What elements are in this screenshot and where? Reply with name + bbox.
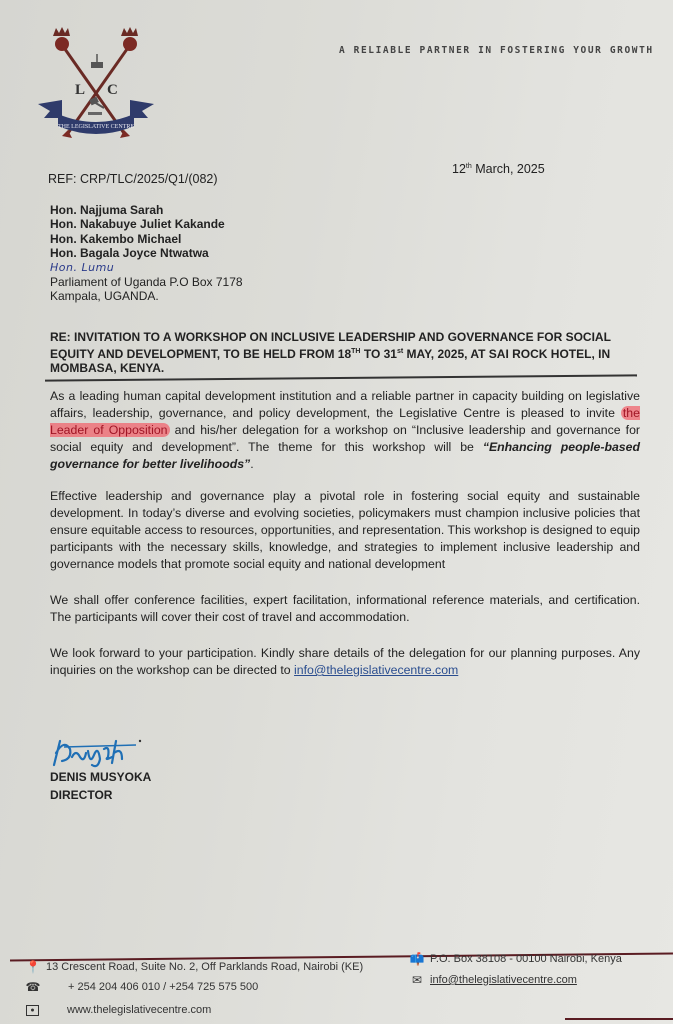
signature-scribble (50, 735, 146, 771)
recipient-name: Hon. Nakabuye Juliet Kakande (50, 217, 243, 231)
web-icon: ● (26, 1005, 39, 1016)
legislative-centre-logo: L C THE LEGISLATIVE CENTRE (38, 18, 154, 144)
svg-text:THE LEGISLATIVE CENTRE: THE LEGISLATIVE CENTRE (58, 124, 134, 130)
letter-date: 12th March, 2025 (452, 162, 545, 176)
svg-text:C: C (107, 82, 118, 98)
recipients-block: Hon. Najjuma Sarah Hon. Nakabuye Juliet … (50, 203, 243, 304)
address-line-1: Parliament of Uganda P.O Box 7178 (50, 275, 243, 289)
reference-number: REF: CRP/TLC/2025/Q1/(082) (48, 172, 218, 186)
paragraph-purpose: Effective leadership and governance play… (50, 488, 640, 573)
footer-email: ✉ info@thelegislativecentre.com (410, 973, 577, 987)
signatory-title: DIRECTOR (50, 786, 151, 804)
mailbox-icon: 📫 (410, 952, 424, 966)
subject-part: TO 31 (361, 347, 397, 361)
subject-line: RE: INVITATION TO A WORKSHOP ON INCLUSIV… (50, 330, 635, 376)
footer-phone: ☎ + 254 204 406 010 / +254 725 575 500 (26, 980, 258, 994)
footer-address: 📍 13 Crescent Road, Suite No. 2, Off Par… (26, 960, 363, 974)
footer-email-link[interactable]: info@thelegislativecentre.com (430, 974, 577, 986)
recipient-name: Hon. Najjuma Sarah (50, 203, 243, 217)
signatory: DENIS MUSYOKA DIRECTOR (50, 768, 151, 804)
handwritten-recipient: Hon. Lumu (50, 261, 243, 275)
po-box-text: P.O. Box 38108 - 00100 Nairobi, Kenya (430, 953, 622, 965)
footer-website: ● www.thelegislativecentre.com (26, 1004, 211, 1016)
address-line-2: Kampala, UGANDA. (50, 289, 243, 303)
tagline: A RELIABLE PARTNER IN FOSTERING YOUR GRO… (339, 45, 654, 56)
footer-po-box: 📫 P.O. Box 38108 - 00100 Nairobi, Kenya (410, 952, 622, 966)
date-day: 12 (452, 162, 466, 176)
address-text: 13 Crescent Road, Suite No. 2, Off Parkl… (46, 961, 363, 973)
telephone-icon: ☎ (26, 980, 40, 994)
email-link[interactable]: info@thelegislativecentre.com (294, 663, 458, 677)
paragraph-closing: We look forward to your participation. K… (50, 645, 640, 679)
text: . (250, 457, 253, 471)
recipient-name: Hon. Kakembo Michael (50, 232, 243, 246)
location-pin-icon: 📍 (26, 960, 40, 974)
signatory-name: DENIS MUSYOKA (50, 768, 151, 786)
text: As a leading human capital development i… (50, 389, 640, 420)
phone-text: + 254 204 406 010 / +254 725 575 500 (68, 981, 258, 993)
paragraph-offer: We shall offer conference facilities, ex… (50, 592, 640, 626)
footer-divider-bottom (565, 1018, 673, 1020)
subject-sup: TH (351, 348, 360, 355)
date-rest: March, 2025 (472, 162, 545, 176)
recipient-name: Hon. Bagala Joyce Ntwatwa (50, 246, 243, 260)
paragraph-invitation: As a leading human capital development i… (50, 388, 640, 473)
svg-text:L: L (75, 82, 85, 98)
email-icon: ✉ (410, 973, 424, 987)
website-text[interactable]: www.thelegislativecentre.com (67, 1004, 211, 1016)
